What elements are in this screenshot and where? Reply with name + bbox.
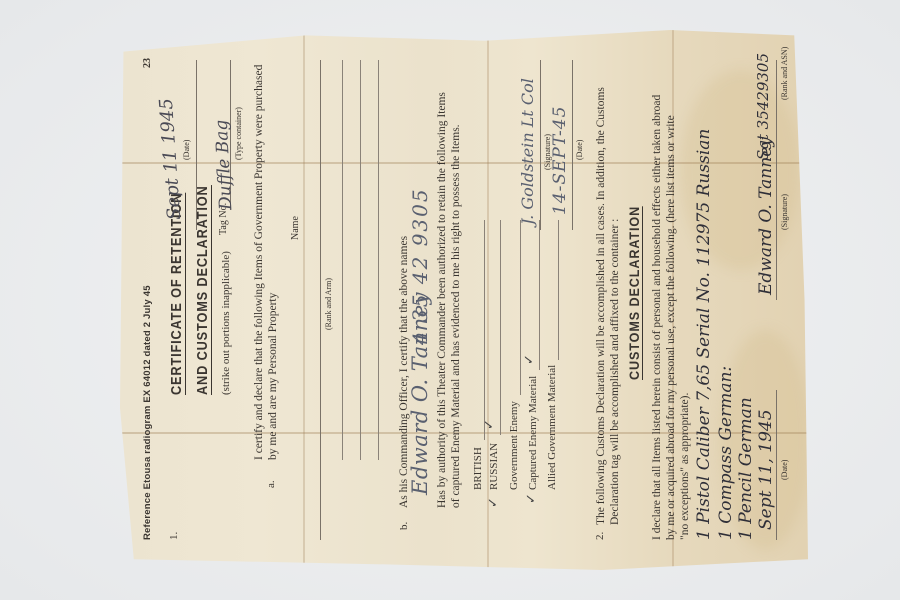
- check-icon: ✓: [524, 493, 539, 504]
- customs-signature-handwritten: Edward O. Tanney: [756, 137, 776, 295]
- date-caption: (Date): [182, 140, 191, 160]
- section-b-line2: Has by authority of this Theater Command…: [435, 92, 449, 508]
- blank-line: [360, 60, 361, 460]
- item-british: BRITISH: [472, 447, 484, 490]
- item-captured-enemy: Captured Enemy Material: [527, 376, 539, 490]
- customs-date-caption: (Date): [780, 460, 789, 480]
- section-2-line1: The following Customs Declaration will b…: [594, 87, 608, 525]
- page-number: 23: [142, 58, 153, 68]
- section-a-label: a.: [265, 480, 277, 488]
- customs-date-handwritten: Sept 11, 1945: [756, 409, 776, 530]
- customs-signature-field: [776, 60, 777, 300]
- check-icon: ✓: [486, 497, 501, 508]
- check-icon: ✓: [482, 419, 497, 430]
- customs-line2: by me or acquired abroad for my personal…: [664, 115, 678, 540]
- strike-note: (strike out portions inapplicable): [220, 251, 232, 395]
- section-a-text: I certify and declare that the following…: [252, 60, 280, 460]
- tag-handwritten: Duffle Bag: [212, 119, 237, 210]
- item-line: [520, 220, 521, 395]
- handwritten-asn: 4 35 42 9305: [408, 187, 432, 345]
- signature-field: [540, 60, 541, 230]
- document-page: Reference Etousa radiogram EX 64012 date…: [120, 30, 808, 570]
- blank-line: [342, 60, 343, 460]
- section-b-label: b.: [398, 522, 410, 530]
- item-allied-government: Allied Government Material: [546, 365, 558, 490]
- customs-title: CUSTOMS DECLARATION: [626, 206, 643, 380]
- customs-signature-caption: (Signature): [780, 194, 789, 230]
- customs-rank-asn-handwritten: Sgt 35429305: [754, 53, 772, 160]
- item-line: [558, 220, 559, 360]
- item-line: [539, 220, 540, 370]
- item-russian: RUSSIAN: [488, 443, 500, 490]
- co-date-caption: (Date): [575, 140, 584, 160]
- co-date-field: [572, 60, 573, 230]
- section-b-line3: of captured Enemy Material and has evide…: [449, 124, 463, 508]
- check-icon: ✓: [522, 354, 537, 365]
- name-label: Name: [290, 216, 301, 240]
- customs-date-field: [776, 390, 777, 540]
- item-line: [484, 220, 485, 440]
- document-paper: Reference Etousa radiogram EX 64012 date…: [120, 30, 808, 570]
- item-line: [500, 220, 501, 435]
- tag-caption: (Type container): [234, 107, 243, 160]
- customs-item: 1 Pistol Caliber 7,65 Serial No. 112975 …: [694, 129, 714, 540]
- name-field: [320, 60, 321, 540]
- customs-line3: "no exceptions" as appropriate).: [678, 393, 692, 540]
- customs-line1: I declare that all Items listed herein c…: [650, 95, 664, 540]
- rank-caption: (Rank and Arm): [324, 278, 333, 330]
- customs-rank-asn-caption: (Rank and ASN): [780, 47, 789, 100]
- blank-line: [378, 60, 379, 460]
- item-government-enemy: Government Enemy: [508, 401, 520, 490]
- section-1-label: 1.: [168, 532, 180, 540]
- reference-line: Reference Etousa radiogram EX 64012 date…: [142, 285, 153, 540]
- section-2-line2: Declaration tag will be accomplished and…: [608, 219, 622, 525]
- customs-item: 1 Pencil German: [736, 397, 756, 540]
- section-2-label: 2.: [594, 532, 606, 540]
- co-date-handwritten: 14-SEPT-45: [550, 106, 570, 215]
- co-signature-handwritten: J. Goldstein Lt Col: [518, 78, 537, 225]
- customs-item: 1 Compass German:: [716, 366, 736, 540]
